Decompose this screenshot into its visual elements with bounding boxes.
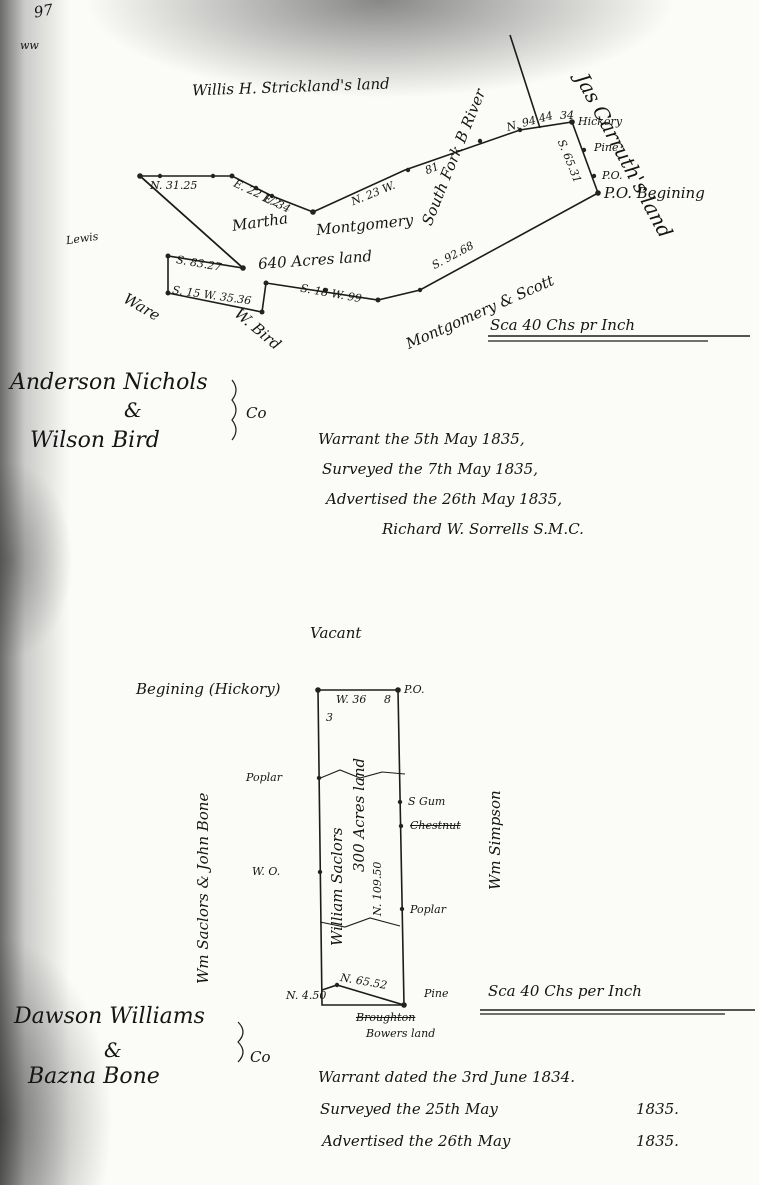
owner-ampersand-1: & [124,400,142,420]
owner-name-4: Bazna Bone [28,1066,160,1088]
south-adjoining-label: Bowers land [366,1028,435,1039]
call-north-1: N. 31.25 [150,180,197,191]
corner-scribble: ww [20,40,39,51]
corner-poplar-w: Poplar [246,772,282,783]
corner-wo-w: W. O. [252,866,280,877]
south-adjoining-struck: Broughton [356,1012,415,1023]
scale-label-1: Sca 40 Chs pr Inch [490,318,635,333]
corner-po-e: P.O. [602,170,623,181]
bottom-call-n450: N. 4.50 [286,990,326,1001]
corner-hickory-ne: Hickory [578,116,622,127]
warrant-date-1: Warrant the 5th May 1835, [318,432,525,447]
call-34: 34 [560,110,574,121]
surveyed-date-2: Surveyed the 25th May [320,1102,498,1117]
owner-ampersand-2: & [104,1040,122,1060]
owner-name-3: Dawson Williams [14,1006,205,1028]
surveyed-year-2: 1835. [636,1102,679,1117]
beginning-hickory-label: Begining (Hickory) [136,682,281,697]
corner-chestnut-e: Chestnut [410,820,461,831]
beginning-label: P.O. Begining [604,186,705,201]
vacant-heading: Vacant [310,626,361,641]
side-call-3: 3 [326,712,333,723]
page-number-note: 97 [33,2,54,20]
owner-suffix-co-2: Co [250,1050,271,1065]
owner-name-1: Anderson Nichols [10,372,208,394]
corner-pine-e: Pine [594,142,619,153]
advertised-date-1: Advertised the 26th May 1835, [326,492,562,507]
top-call-w36: W. 36 [336,694,366,705]
surveyor-signature: Richard W. Sorrells S.M.C. [382,522,584,537]
inner-call-109: N. 109.50 [372,862,383,916]
advertised-date-2: Advertised the 26th May [322,1134,510,1149]
owner-suffix-co: Co [246,406,267,421]
scale-label-2: Sca 40 Chs per Inch [488,984,642,999]
land-survey-page: 97 ww Willis H. Strickland's land Jas Ca… [0,0,759,1185]
top-call-8: 8 [384,694,391,705]
inner-acreage-label: 300 Acres land [352,758,367,872]
owner-name-2: Wilson Bird [30,430,160,452]
surveyed-date-1: Surveyed the 7th May 1835, [322,462,538,477]
inner-owner-label: William Saclors [330,827,345,946]
corner-poplar-e: Poplar [410,904,446,915]
top-corner-po: P.O. [404,684,425,695]
warrant-date-2: Warrant dated the 3rd June 1834. [318,1070,575,1085]
corner-sgum-e: S Gum [408,796,445,807]
advertised-year-2: 1835. [636,1134,679,1149]
west-adjoining-label: Wm Saclors & John Bone [196,793,211,984]
east-adjoining-label: Wm Simpson [488,790,503,890]
corner-pine-se: Pine [424,988,449,999]
